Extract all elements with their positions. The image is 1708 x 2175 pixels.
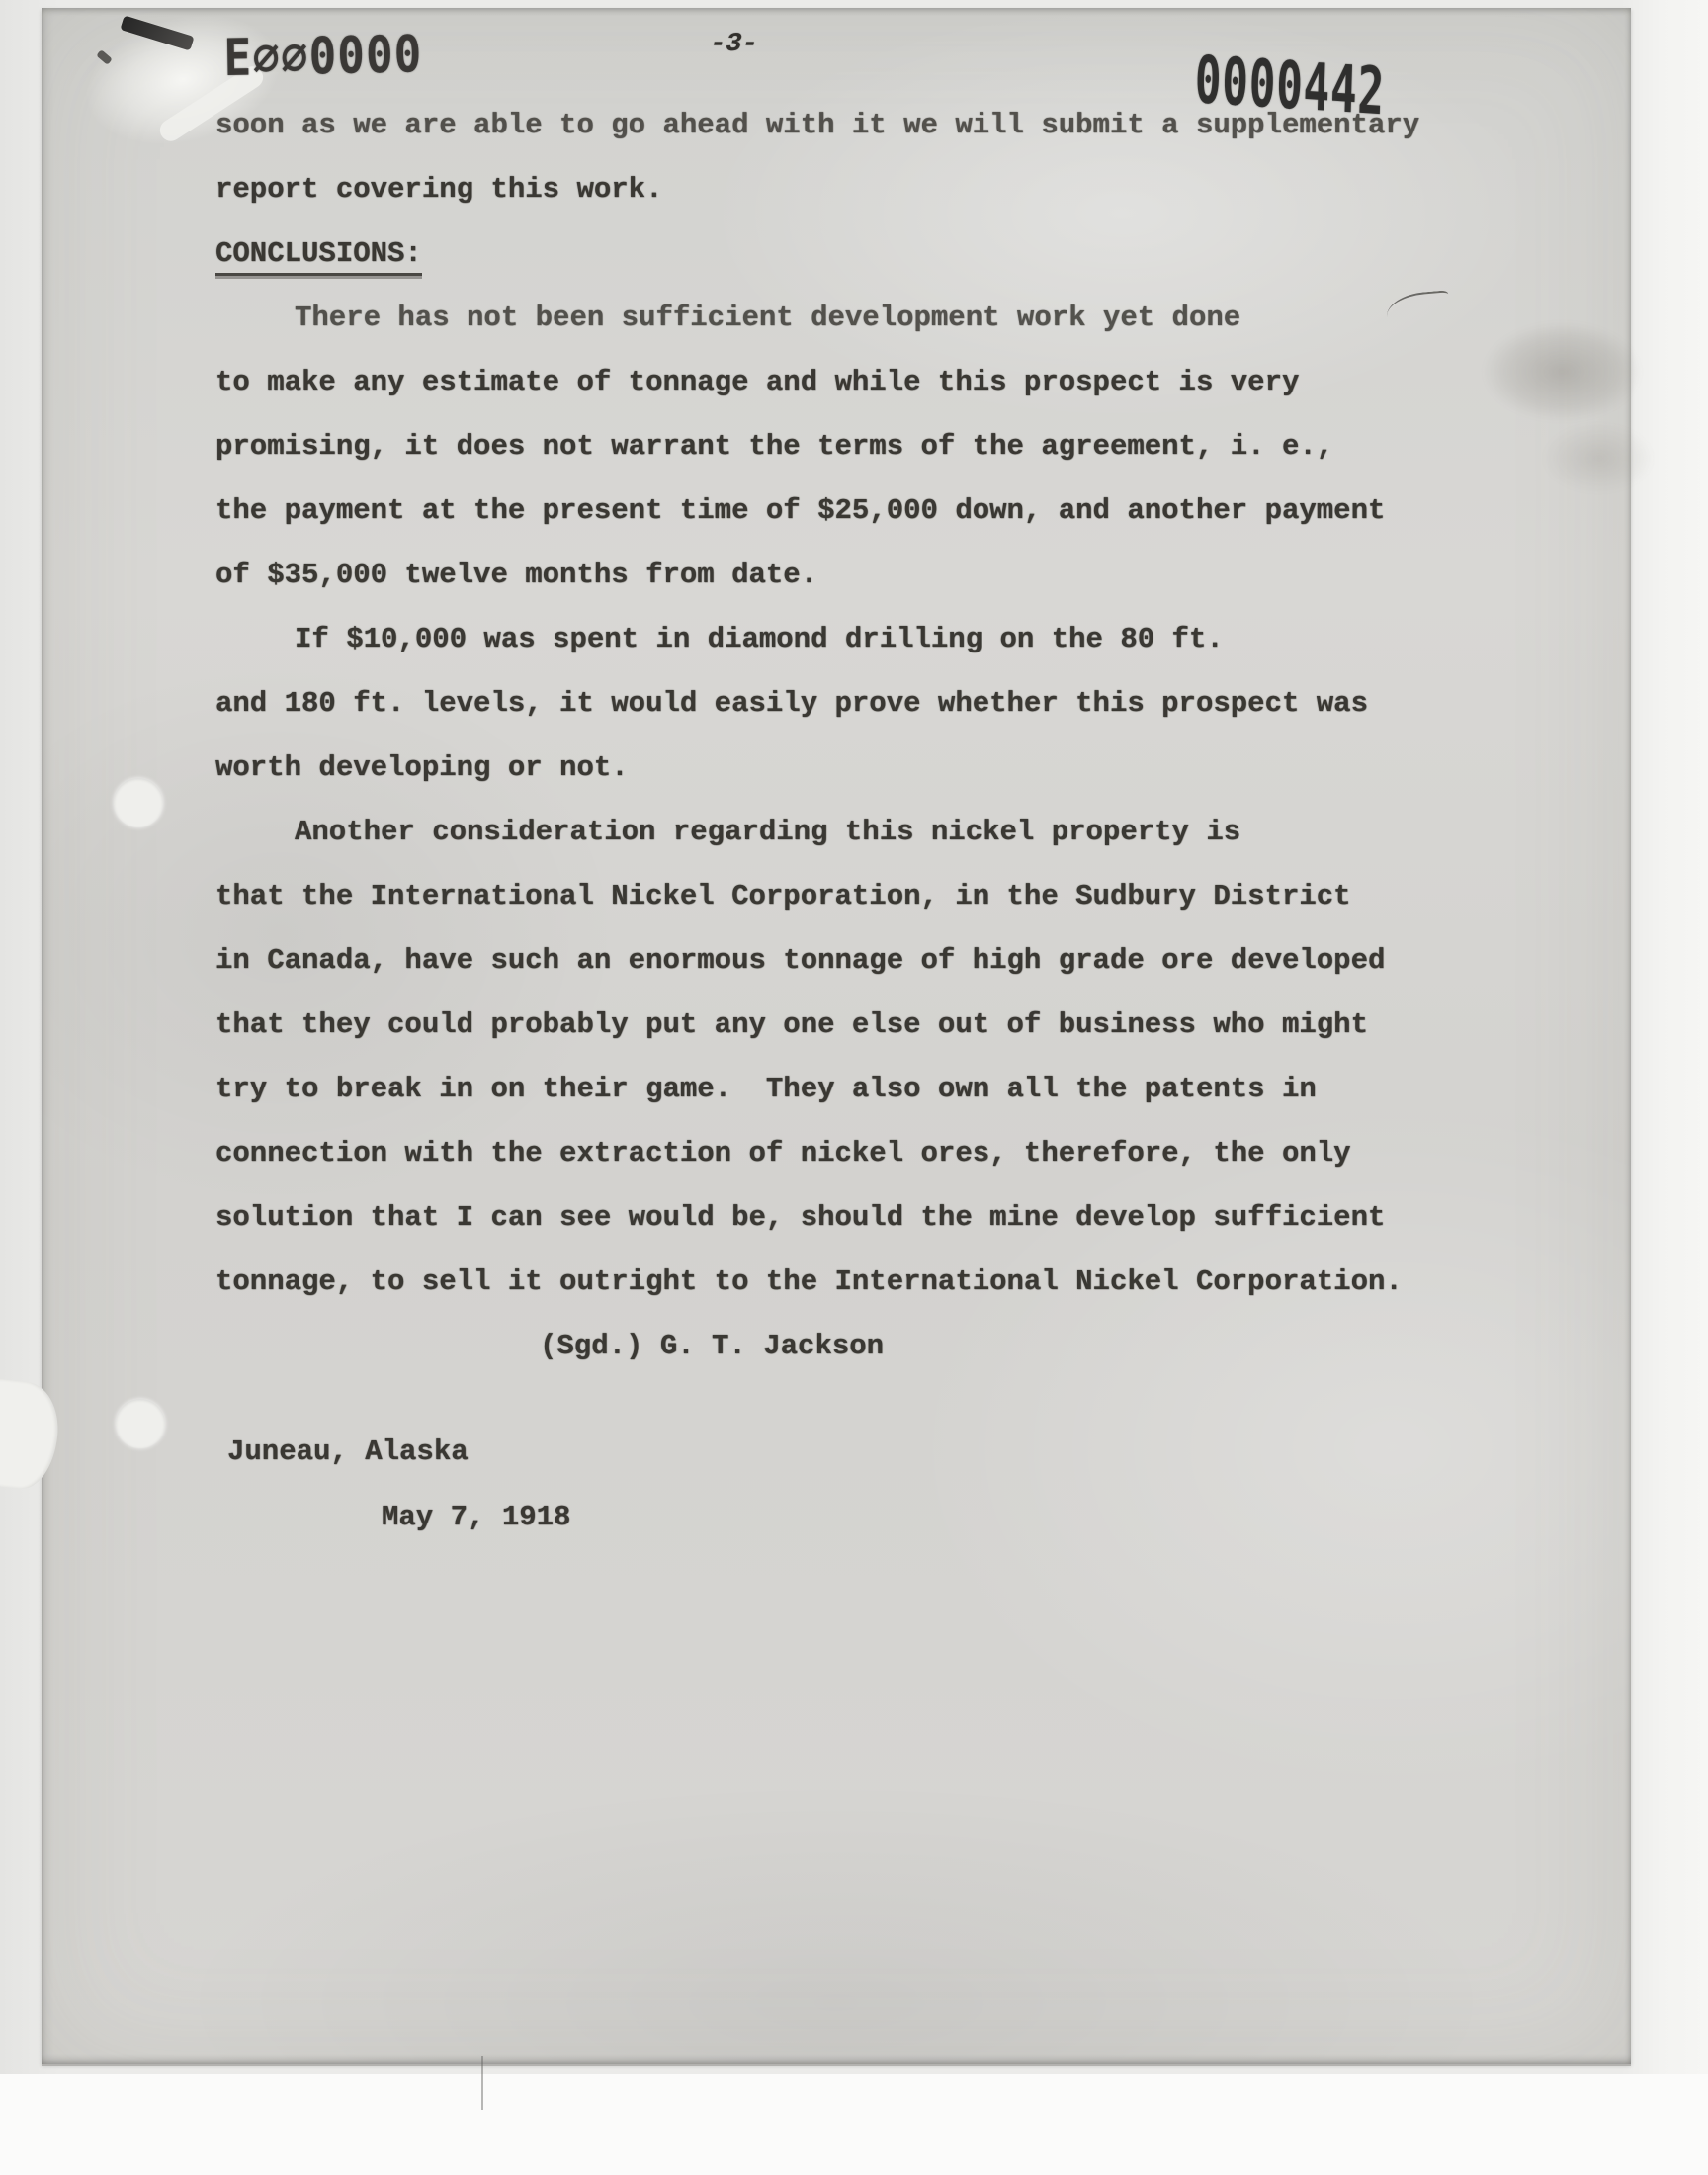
document-body: soon as we are able to go ahead with it … (215, 93, 1599, 1378)
document-line: to make any estimate of tonnage and whil… (215, 350, 1599, 414)
date-line: May 7, 1918 (382, 1501, 570, 1533)
document-line: and 180 ft. levels, it would easily prov… (215, 671, 1599, 736)
signature-line: (Sgd.) G. T. Jackson (215, 1314, 1599, 1378)
document-line: report covering this work. (215, 157, 1599, 221)
document-line: solution that I can see would be, should… (215, 1185, 1599, 1250)
document-line: connection with the extraction of nickel… (215, 1121, 1599, 1185)
document-line: the payment at the present time of $25,0… (215, 478, 1599, 543)
scan-artifact-line (481, 2056, 483, 2110)
scanned-document-view: E∅∅0000 -3- 0000442 soon as we are able … (0, 0, 1708, 2175)
document-line: If $10,000 was spent in diamond drilling… (215, 607, 1599, 671)
document-line: that the International Nickel Corporatio… (215, 864, 1599, 928)
punch-hole (114, 778, 163, 827)
place-line: Juneau, Alaska (227, 1435, 469, 1468)
document-line: in Canada, have such an enormous tonnage… (215, 928, 1599, 993)
document-line: worth developing or not. (215, 736, 1599, 800)
torn-edge-notch (0, 1379, 62, 1492)
serial-number-stamp-left: E∅∅0000 (223, 24, 423, 87)
page-number: -3- (707, 30, 761, 59)
document-line: Another consideration regarding this nic… (215, 800, 1599, 864)
document-line: try to break in on their game. They also… (215, 1057, 1599, 1121)
document-line: that they could probably put any one els… (215, 993, 1599, 1057)
punch-hole (116, 1399, 165, 1448)
document-line: tonnage, to sell it outright to the Inte… (215, 1250, 1599, 1314)
document-line: of $35,000 twelve months from date. (215, 543, 1599, 607)
fingerprint-smudge (1524, 411, 1672, 505)
document-line: promising, it does not warrant the terms… (215, 414, 1599, 478)
section-heading-text: CONCLUSIONS: (215, 236, 422, 276)
scanned-page: E∅∅0000 -3- 0000442 soon as we are able … (42, 8, 1631, 2064)
section-heading: CONCLUSIONS: (215, 221, 1599, 286)
document-line: There has not been sufficient developmen… (215, 286, 1599, 350)
document-line: soon as we are able to go ahead with it … (215, 93, 1599, 157)
